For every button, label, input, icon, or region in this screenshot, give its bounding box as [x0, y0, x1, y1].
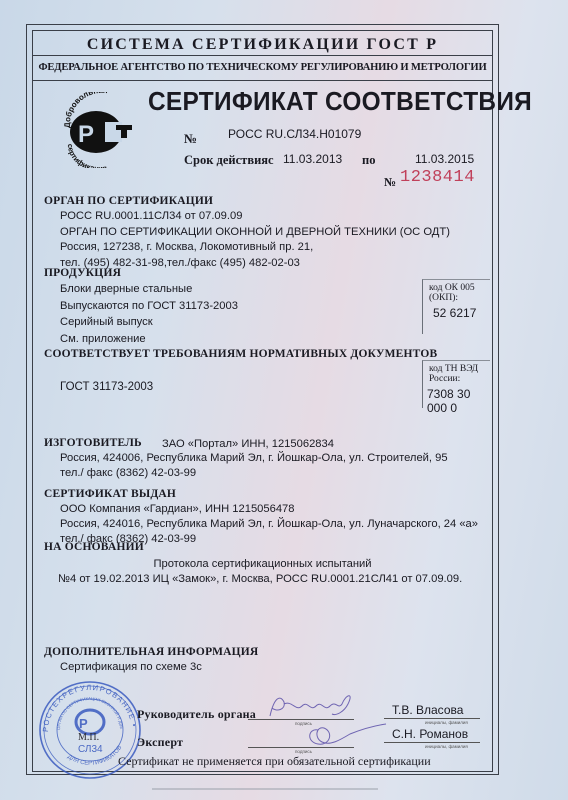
manufacturer-heading: ИЗГОТОВИТЕЛЬ: [44, 437, 142, 449]
divider: [32, 55, 493, 56]
valid-from-date: 11.03.2013: [283, 152, 342, 166]
certification-body-heading: ОРГАН ПО СЕРТИФИКАЦИИ: [44, 195, 213, 207]
printer-imprint: [152, 788, 378, 790]
svg-text:СЛ34: СЛ34: [78, 744, 103, 755]
to-label: по: [362, 153, 375, 168]
footer-note: Сертификат не применяется при обязательн…: [118, 754, 431, 769]
rst-logo: Добровольная P сертификация: [60, 92, 142, 168]
product-line: Серийный выпуск: [60, 314, 238, 331]
product-line: Выпускаются по ГОСТ 31173-2003: [60, 298, 238, 315]
from-label: с: [268, 153, 274, 168]
document-title: СЕРТИФИКАТ СООТВЕТСТВИЯ: [148, 86, 532, 117]
expert-name: С.Н. Романов: [392, 727, 468, 743]
valid-to-date: 11.03.2015: [415, 152, 474, 166]
expert-name-line: [384, 742, 480, 743]
issued-to-heading: СЕРТИФИКАТ ВЫДАН: [44, 488, 176, 500]
svg-text:М.П.: М.П.: [78, 732, 99, 743]
expert-name-caption: инициалы, фамилия: [425, 744, 468, 749]
svg-text:P: P: [79, 716, 88, 731]
compliance-document: ГОСТ 31173-2003: [60, 380, 153, 396]
manufacturer-line: Россия, 424006, Республика Марий Эл, г. …: [60, 451, 448, 466]
additional-info-heading: ДОПОЛНИТЕЛЬНАЯ ИНФОРМАЦИЯ: [44, 646, 258, 658]
head-name-caption: инициалы, фамилия: [425, 720, 468, 725]
basis-protocol: Протокола сертификационных испытаний: [32, 557, 493, 573]
okp-code-value: 52 6217: [433, 306, 490, 320]
product-heading: ПРОДУКЦИЯ: [44, 267, 121, 279]
head-of-body-name: Т.В. Власова: [392, 703, 463, 719]
head-signature-icon: [262, 690, 358, 720]
head-of-body-label: Руководитель органа: [137, 707, 256, 722]
certification-body-line: Россия, 127238, г. Москва, Локомотивный …: [60, 240, 450, 256]
validity-label: Срок действия: [184, 153, 268, 168]
tnved-code-value: 7308 30 000 0: [427, 387, 490, 415]
certificate-number: РОСС RU.СЛ34.Н01079: [228, 127, 361, 141]
basis-protocol-details: №4 от 19.02.2013 ИЦ «Замок», г. Москва, …: [58, 572, 462, 588]
basis-heading: НА ОСНОВАНИИ: [44, 541, 144, 553]
product-details: Блоки дверные стальные Выпускаются по ГО…: [60, 281, 238, 347]
svg-text:РОСТЕХРЕГУЛИРОВАНИЕ • СИСТЕМА: РОСТЕХРЕГУЛИРОВАНИЕ • СИСТЕМА СЕРТИФИКАЦ…: [38, 680, 139, 732]
manufacturer-details: Россия, 424006, Республика Марий Эл, г. …: [60, 451, 448, 481]
certification-body-line: ОРГАН ПО СЕРТИФИКАЦИИ ОКОННОЙ И ДВЕРНОЙ …: [60, 225, 450, 241]
tnved-code-box: код ТН ВЭД России: 7308 30 000 0: [422, 360, 490, 408]
head-name-line: [384, 718, 480, 719]
expert-label: Эксперт: [137, 735, 183, 750]
compliance-heading: СООТВЕТСТВУЕТ ТРЕБОВАНИЯМ НОРМАТИВНЫХ ДО…: [44, 348, 437, 360]
product-line: Блоки дверные стальные: [60, 281, 238, 298]
issued-to-line: ООО Компания «Гардиан», ИНН 1215056478: [60, 502, 478, 517]
blank-number: 1238414: [400, 168, 475, 187]
blank-number-label: №: [384, 175, 396, 190]
product-line: См. приложение: [60, 331, 238, 348]
rst-logo-icon: Добровольная P сертификация: [60, 92, 142, 168]
certification-body-details: РОСС RU.0001.11СЛ34 от 07.09.09 ОРГАН ПО…: [60, 209, 450, 271]
agency-name: ФЕДЕРАЛЬНОЕ АГЕНТСТВО ПО ТЕХНИЧЕСКОМУ РЕ…: [32, 62, 493, 73]
okp-code-box: код ОК 005 (ОКП): 52 6217: [422, 279, 490, 334]
okp-code-label: код ОК 005 (ОКП):: [429, 283, 490, 303]
tnved-code-label: код ТН ВЭД России:: [429, 364, 490, 384]
divider: [32, 80, 493, 81]
svg-text:P: P: [78, 121, 94, 148]
issued-to-line: Россия, 424016, Республика Марий Эл, г. …: [60, 517, 478, 532]
number-label: №: [184, 131, 197, 147]
system-title: СИСТЕМА СЕРТИФИКАЦИИ ГОСТ Р: [32, 36, 493, 54]
certification-body-line: РОСС RU.0001.11СЛ34 от 07.09.09: [60, 209, 450, 225]
expert-signature-icon: [300, 720, 390, 752]
manufacturer-line: тел./ факс (8362) 42-03-99: [60, 466, 448, 481]
additional-info-text: Сертификация по схеме 3с: [60, 660, 202, 676]
